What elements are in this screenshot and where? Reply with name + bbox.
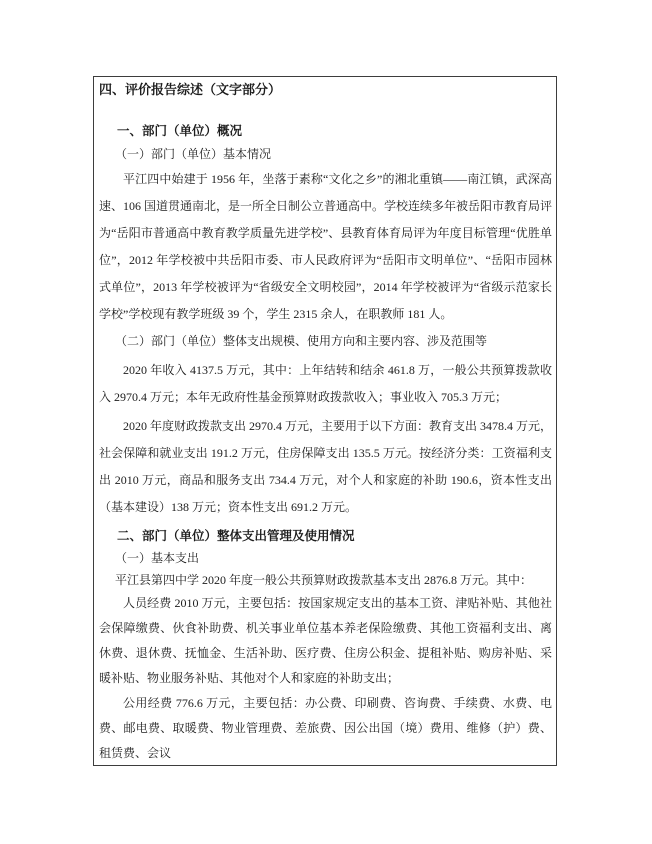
paragraph-basic-expenditure-intro: 平江县第四中学 2020 年度一般公共预算财政拨款基本支出 2876.8 万元。…	[99, 568, 552, 593]
paragraph-public-funds: 公用经费 776.6 万元，主要包括：办公费、印刷费、咨询费、手续费、水费、电费…	[99, 691, 552, 766]
paragraph-school-intro: 平江四中始建于 1956 年，坐落于素称“文化之乡”的湘北重镇——南江镇，武深高…	[99, 166, 552, 328]
paragraph-income-2020: 2020 年收入 4137.5 万元，其中：上年结转和结余 461.8 万，一般…	[99, 357, 552, 411]
subheading-expenditure-scope: （二）部门（单位）整体支出规模、使用方向和主要内容、涉及范围等	[99, 328, 552, 355]
subheading-basic-info: （一）部门（单位）基本情况	[99, 141, 552, 168]
paragraph-personnel-funds: 人员经费 2010 万元，主要包括：按国家规定支出的基本工资、津贴补贴、其他社会…	[99, 591, 552, 691]
report-summary-frame: 四、评价报告综述（文字部分） 一、部门（单位）概况 （一）部门（单位）基本情况 …	[93, 76, 557, 766]
frame-title: 四、评价报告综述（文字部分）	[99, 81, 552, 98]
paragraph-expenditure-2020: 2020 年度财政拨款支出 2970.4 万元，主要用于以下方面：教育支出 34…	[99, 413, 552, 521]
document-page: 四、评价报告综述（文字部分） 一、部门（单位）概况 （一）部门（单位）基本情况 …	[0, 0, 652, 844]
